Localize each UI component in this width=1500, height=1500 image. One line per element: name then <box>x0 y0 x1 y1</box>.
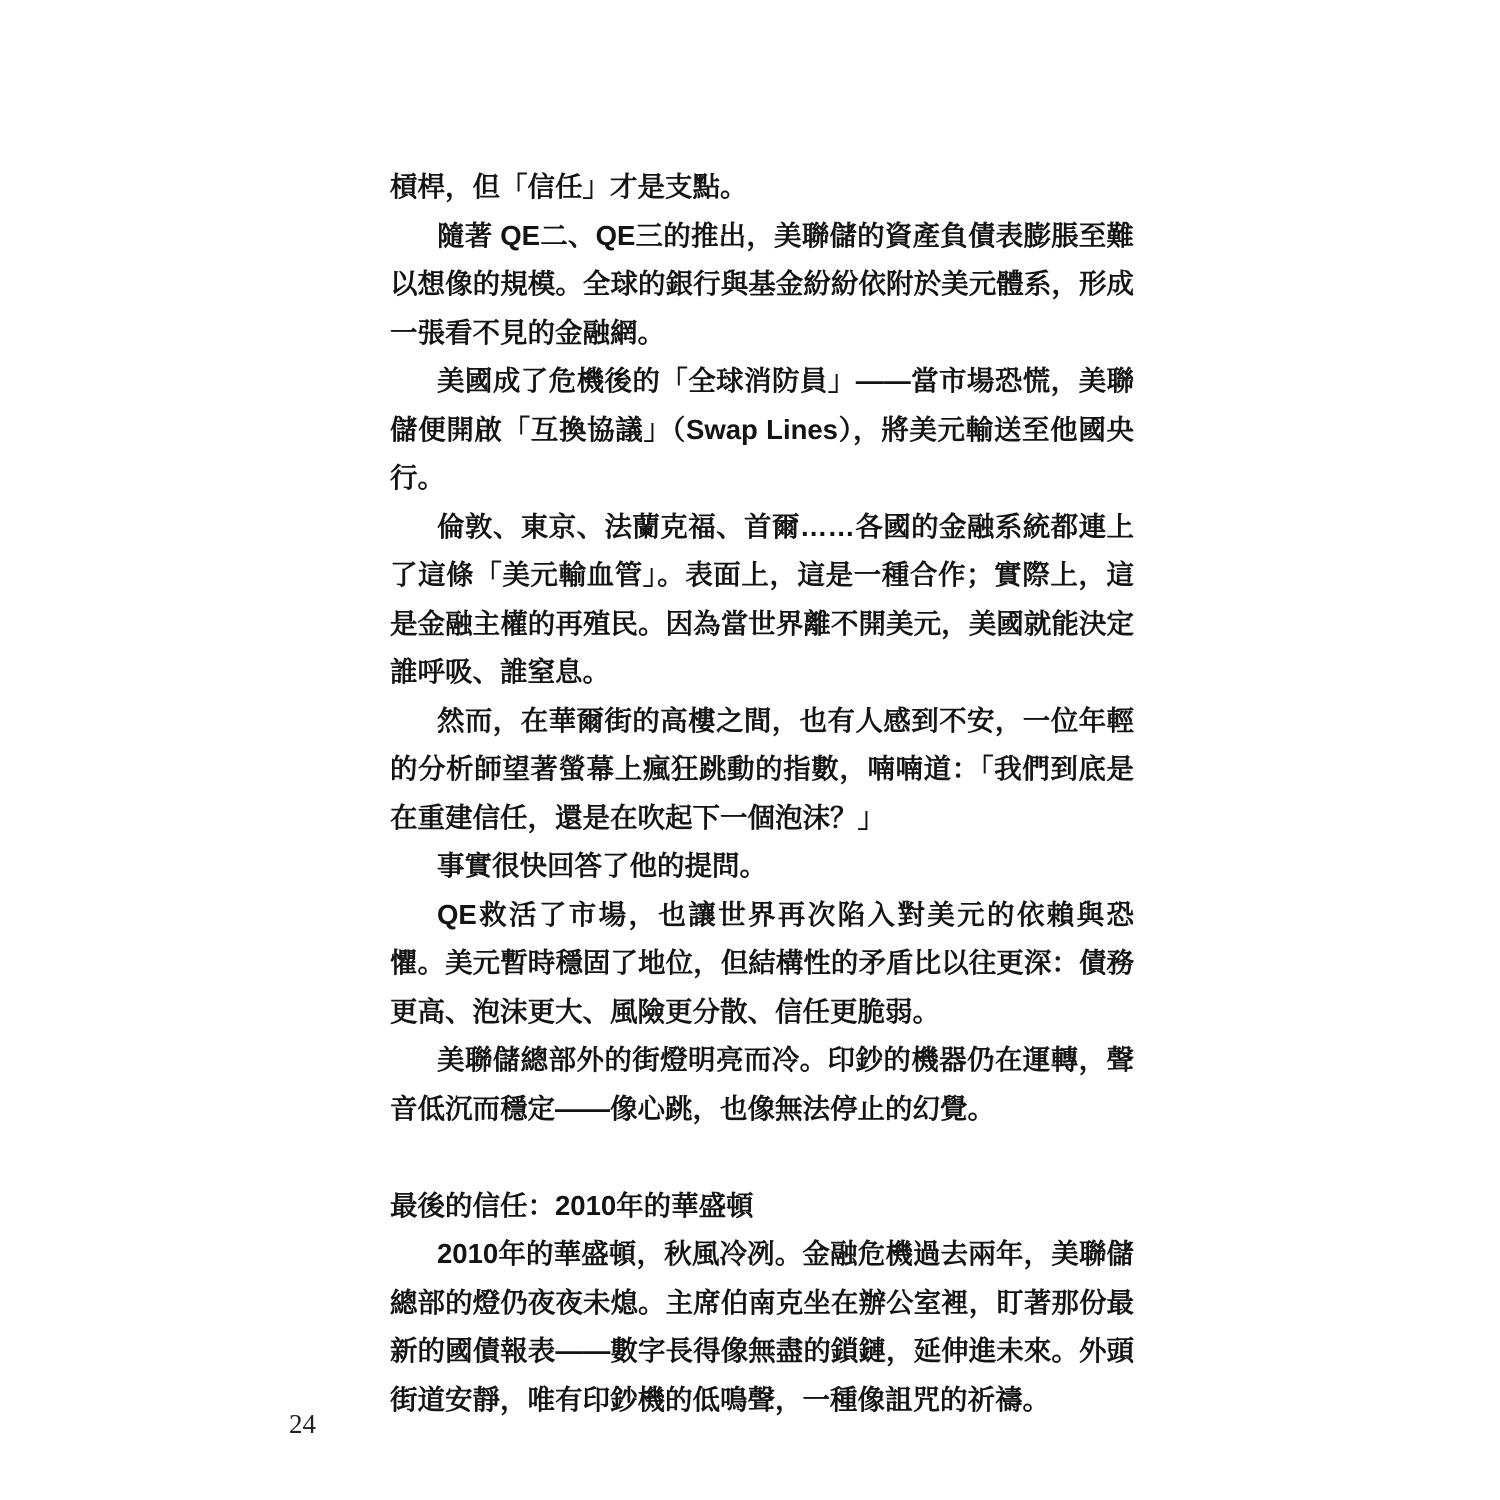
body-paragraph: 2010年的華盛頓，秋風冷冽。金融危機過去兩年，美聯儲總部的燈仍夜夜未熄。主席伯… <box>390 1230 1134 1424</box>
body-paragraph: 槓桿，但「信任」才是支點。 <box>390 163 1134 212</box>
body-text: 槓桿，但「信任」才是支點。 隨著 QE二、QE三的推出，美聯儲的資產負債表膨脹至… <box>390 163 1134 1424</box>
body-paragraph: 倫敦、東京、法蘭克福、首爾……各國的金融系統都連上了這條「美元輸血管」。表面上，… <box>390 503 1134 697</box>
page-number: 24 <box>289 1404 316 1444</box>
body-paragraph: 美國成了危機後的「全球消防員」——當市場恐慌，美聯儲便開啟「互換協議」（Swap… <box>390 357 1134 503</box>
body-paragraph: 事實很快回答了他的提問。 <box>390 842 1134 891</box>
body-paragraph: 然而，在華爾街的高樓之間，也有人感到不安，一位年輕的分析師望著螢幕上瘋狂跳動的指… <box>390 697 1134 843</box>
section-heading: 最後的信任：2010年的華盛頓 <box>390 1182 1134 1231</box>
book-page: 槓桿，但「信任」才是支點。 隨著 QE二、QE三的推出，美聯儲的資產負債表膨脹至… <box>0 0 1500 1500</box>
body-paragraph: 隨著 QE二、QE三的推出，美聯儲的資產負債表膨脹至難以想像的規模。全球的銀行與… <box>390 212 1134 358</box>
body-paragraph: QE救活了市場，也讓世界再次陷入對美元的依賴與恐懼。美元暫時穩固了地位，但結構性… <box>390 891 1134 1037</box>
body-paragraph: 美聯儲總部外的街燈明亮而冷。印鈔的機器仍在運轉，聲音低沉而穩定——像心跳，也像無… <box>390 1036 1134 1133</box>
